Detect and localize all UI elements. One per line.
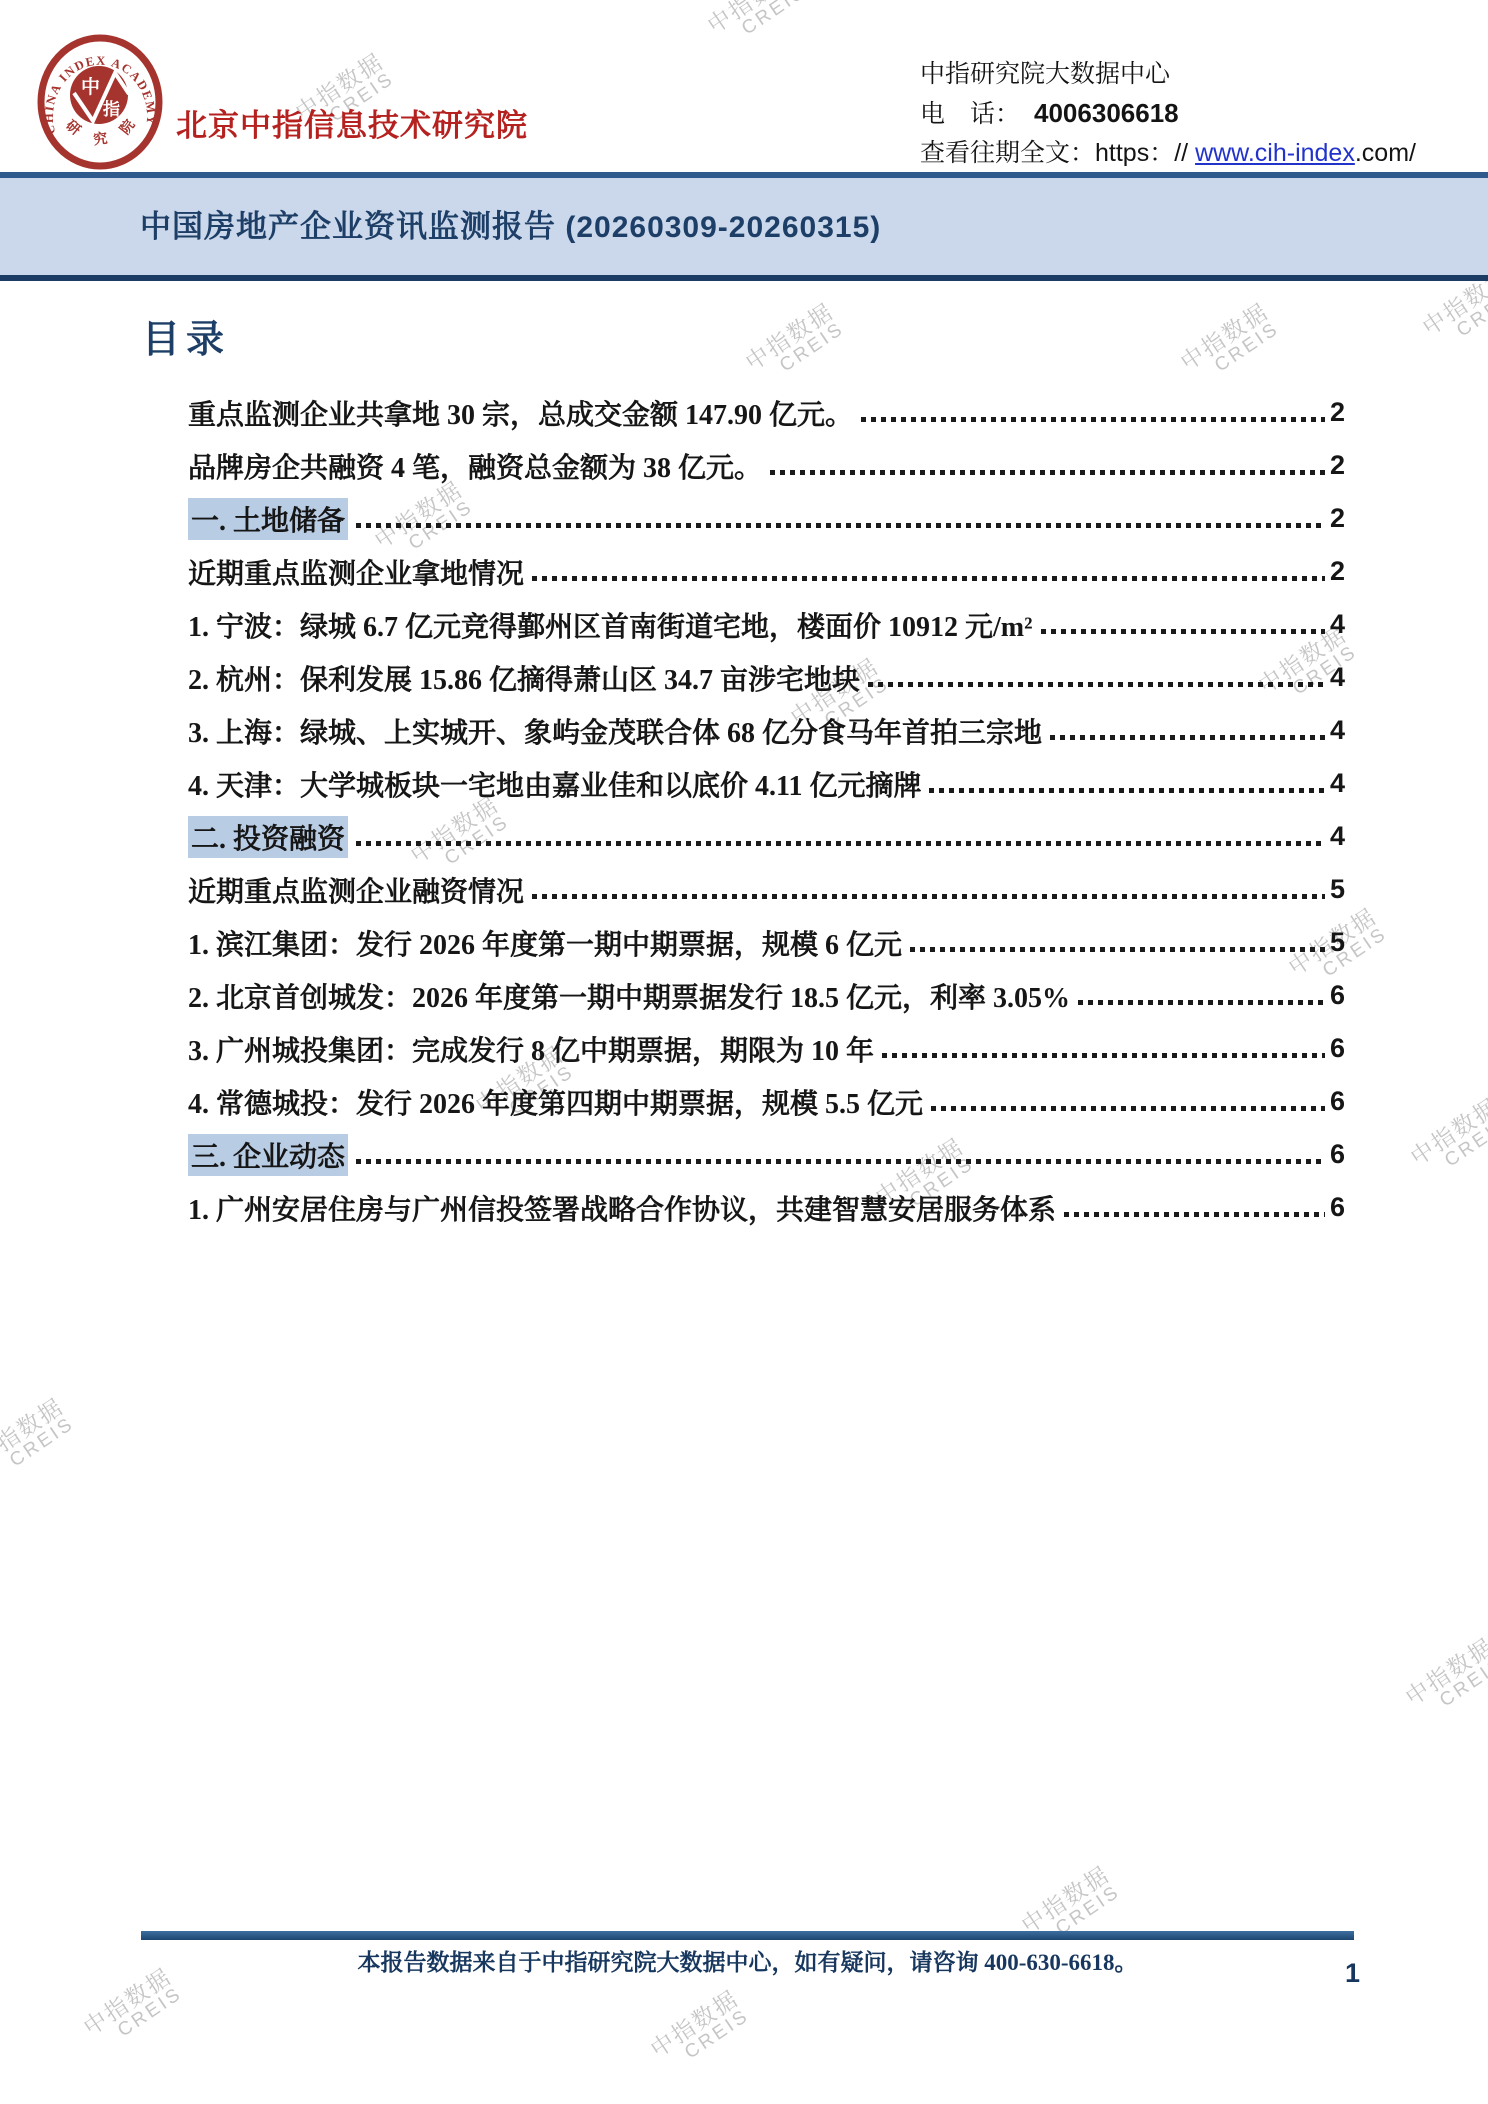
toc-entry-text: 2. 杭州：保利发展 15.86 亿摘得萧山区 34.7 亩涉宅地块 xyxy=(188,658,860,698)
toc-leader-dots xyxy=(929,788,1325,793)
toc-entry-page-number: 4 xyxy=(1330,609,1345,640)
watermark: 中指数据CREIS xyxy=(79,1964,187,2056)
toc-entry-text-highlighted: 一. 土地储备 xyxy=(188,498,348,540)
phone-number: 4006306618 xyxy=(1034,98,1179,128)
toc-leader-dots xyxy=(532,894,1325,899)
report-period: (20260309-20260315) xyxy=(556,211,881,244)
watermark: 中指数据CREIS xyxy=(0,1394,79,1486)
footer-divider xyxy=(141,1931,1354,1940)
toc-leader-dots xyxy=(770,470,1325,475)
toc-entry-text: 1. 滨江集团：发行 2026 年度第一期中期票据，规模 6 亿元 xyxy=(188,923,902,963)
toc-entry-text: 2. 北京首创城发：2026 年度第一期中期票据发行 18.5 亿元，利率 3.… xyxy=(188,976,1070,1016)
toc-entry-page-number: 4 xyxy=(1330,715,1345,746)
toc-entry[interactable]: 1. 宁波：绿城 6.7 亿元竞得鄞州区首南街道宅地，楼面价 10912 元/m… xyxy=(188,598,1345,651)
toc-entry-text-highlighted: 三. 企业动态 xyxy=(188,1134,348,1176)
toc-entry[interactable]: 重点监测企业共拿地 30 宗，总成交金额 147.90 亿元。2 xyxy=(188,386,1345,439)
contact-phone-row: 电 话：4006306618 xyxy=(920,94,1416,134)
toc-entry[interactable]: 3. 广州城投集团：完成发行 8 亿中期票据，期限为 10 年6 xyxy=(188,1022,1345,1075)
toc-entry-text: 近期重点监测企业拿地情况 xyxy=(188,552,524,592)
toc-entry[interactable]: 1. 广州安居住房与广州信投签署战略合作协议，共建智慧安居服务体系6 xyxy=(188,1181,1345,1234)
toc-entry[interactable]: 2. 北京首创城发：2026 年度第一期中期票据发行 18.5 亿元，利率 3.… xyxy=(188,969,1345,1022)
toc-leader-dots xyxy=(868,682,1325,687)
toc-leader-dots xyxy=(1064,1212,1325,1217)
watermark: 中指数据CREIS xyxy=(646,1986,754,2078)
toc-entry-page-number: 4 xyxy=(1330,662,1345,693)
contact-dept: 中指研究院大数据中心 xyxy=(920,56,1416,94)
toc-leader-dots xyxy=(910,947,1325,952)
toc-entry[interactable]: 近期重点监测企业拿地情况2 xyxy=(188,545,1345,598)
toc-entry-page-number: 6 xyxy=(1330,980,1345,1011)
watermark: 中指数据CREIS xyxy=(1017,1862,1125,1954)
toc-entry-page-number: 2 xyxy=(1330,503,1345,534)
toc-leader-dots xyxy=(882,1053,1325,1058)
watermark: 中指数据CREIS xyxy=(703,0,811,54)
toc-entry[interactable]: 3. 上海：绿城、上实城开、象屿金茂联合体 68 亿分食马年首拍三宗地4 xyxy=(188,704,1345,757)
toc-entry[interactable]: 三. 企业动态6 xyxy=(188,1128,1345,1181)
report-title-text: 中国房地产企业资讯监测报告 xyxy=(140,209,556,244)
url-prefix: https：// xyxy=(1095,139,1195,167)
toc-entry-page-number: 6 xyxy=(1330,1086,1345,1117)
toc-leader-dots xyxy=(861,417,1325,422)
toc-entry-page-number: 4 xyxy=(1330,768,1345,799)
footer-note: 本报告数据来自于中指研究院大数据中心，如有疑问，请咨询 400-630-6618… xyxy=(141,1944,1354,1977)
toc-entry[interactable]: 品牌房企共融资 4 笔，融资总金额为 38 亿元。2 xyxy=(188,439,1345,492)
toc-entry-page-number: 6 xyxy=(1330,1192,1345,1223)
report-page: 中指数据CREIS中指数据CREIS中指数据CREIS中指数据CREIS中指数据… xyxy=(0,0,1488,2104)
logo-char-bottom: 指 xyxy=(103,99,120,119)
toc-entry[interactable]: 4. 天津：大学城板块一宅地由嘉业佳和以底价 4.11 亿元摘牌4 xyxy=(188,757,1345,810)
toc-entry-page-number: 2 xyxy=(1330,450,1345,481)
header-contact-block: 中指研究院大数据中心 电 话：4006306618 查看往期全文：https：/… xyxy=(920,56,1416,173)
toc-entry-text: 近期重点监测企业融资情况 xyxy=(188,870,524,910)
toc-entry-text: 1. 广州安居住房与广州信投签署战略合作协议，共建智慧安居服务体系 xyxy=(188,1188,1056,1228)
toc-list: 重点监测企业共拿地 30 宗，总成交金额 147.90 亿元。2品牌房企共融资 … xyxy=(188,386,1345,1234)
toc-entry[interactable]: 二. 投资融资4 xyxy=(188,810,1345,863)
toc-entry[interactable]: 2. 杭州：保利发展 15.86 亿摘得萧山区 34.7 亩涉宅地块4 xyxy=(188,651,1345,704)
toc-entry-text: 4. 常德城投：发行 2026 年度第四期中期票据，规模 5.5 亿元 xyxy=(188,1082,923,1122)
toc-entry-text: 4. 天津：大学城板块一宅地由嘉业佳和以底价 4.11 亿元摘牌 xyxy=(188,764,921,804)
title-banner: 中国房地产企业资讯监测报告 (20260309-20260315) xyxy=(0,172,1488,281)
toc-entry-page-number: 5 xyxy=(1330,927,1345,958)
watermark: 中指数据CREIS xyxy=(741,299,849,391)
page-number: 1 xyxy=(1330,1958,1360,1989)
watermark: 中指数据CREIS xyxy=(1176,299,1284,391)
toc-entry[interactable]: 近期重点监测企业融资情况5 xyxy=(188,863,1345,916)
toc-leader-dots xyxy=(356,1159,1325,1164)
toc-leader-dots xyxy=(356,523,1325,528)
toc-entry-text-highlighted: 二. 投资融资 xyxy=(188,816,348,858)
toc-entry-text: 品牌房企共融资 4 笔，融资总金额为 38 亿元。 xyxy=(188,446,762,486)
archive-label: 查看往期全文： xyxy=(920,140,1095,167)
toc-entry[interactable]: 一. 土地储备2 xyxy=(188,492,1345,545)
org-name: 北京中指信息技术研究院 xyxy=(176,100,528,145)
toc-entry-text: 1. 宁波：绿城 6.7 亿元竞得鄞州区首南街道宅地，楼面价 10912 元/m… xyxy=(188,605,1033,645)
toc-entry-text: 3. 广州城投集团：完成发行 8 亿中期票据，期限为 10 年 xyxy=(188,1029,874,1069)
toc-entry-text: 重点监测企业共拿地 30 宗，总成交金额 147.90 亿元。 xyxy=(188,393,853,433)
logo-char-top: 中 xyxy=(81,75,100,98)
toc-entry-page-number: 2 xyxy=(1330,397,1345,428)
toc-entry-page-number: 6 xyxy=(1330,1139,1345,1170)
toc-entry[interactable]: 4. 常德城投：发行 2026 年度第四期中期票据，规模 5.5 亿元6 xyxy=(188,1075,1345,1128)
toc-leader-dots xyxy=(1078,1000,1325,1005)
toc-leader-dots xyxy=(1041,629,1325,634)
toc-leader-dots xyxy=(356,841,1325,846)
toc-leader-dots xyxy=(1050,735,1325,740)
phone-label: 电 话： xyxy=(920,101,1020,128)
contact-archive-row: 查看往期全文：https：// www.cih-index.com/ xyxy=(920,134,1416,173)
toc-entry-page-number: 6 xyxy=(1330,1033,1345,1064)
report-title: 中国房地产企业资讯监测报告 (20260309-20260315) xyxy=(140,178,881,275)
toc-leader-dots xyxy=(532,576,1325,581)
toc-entry-page-number: 4 xyxy=(1330,821,1345,852)
toc-entry-text: 3. 上海：绿城、上实城开、象屿金茂联合体 68 亿分食马年首拍三宗地 xyxy=(188,711,1042,751)
toc-entry[interactable]: 1. 滨江集团：发行 2026 年度第一期中期票据，规模 6 亿元5 xyxy=(188,916,1345,969)
toc-entry-page-number: 2 xyxy=(1330,556,1345,587)
toc-heading: 目录 xyxy=(142,308,230,363)
watermark: 中指数据CREIS xyxy=(1401,1634,1488,1726)
toc-leader-dots xyxy=(931,1106,1325,1111)
china-index-academy-logo-icon: CHINA INDEX ACADEMY 研 究 院 中 指 xyxy=(36,33,164,171)
url-suffix: .com/ xyxy=(1355,139,1416,167)
toc-entry-page-number: 5 xyxy=(1330,874,1345,905)
archive-url-link[interactable]: www.cih-index xyxy=(1195,139,1355,167)
watermark: 中指数据CREIS xyxy=(1406,1094,1488,1186)
